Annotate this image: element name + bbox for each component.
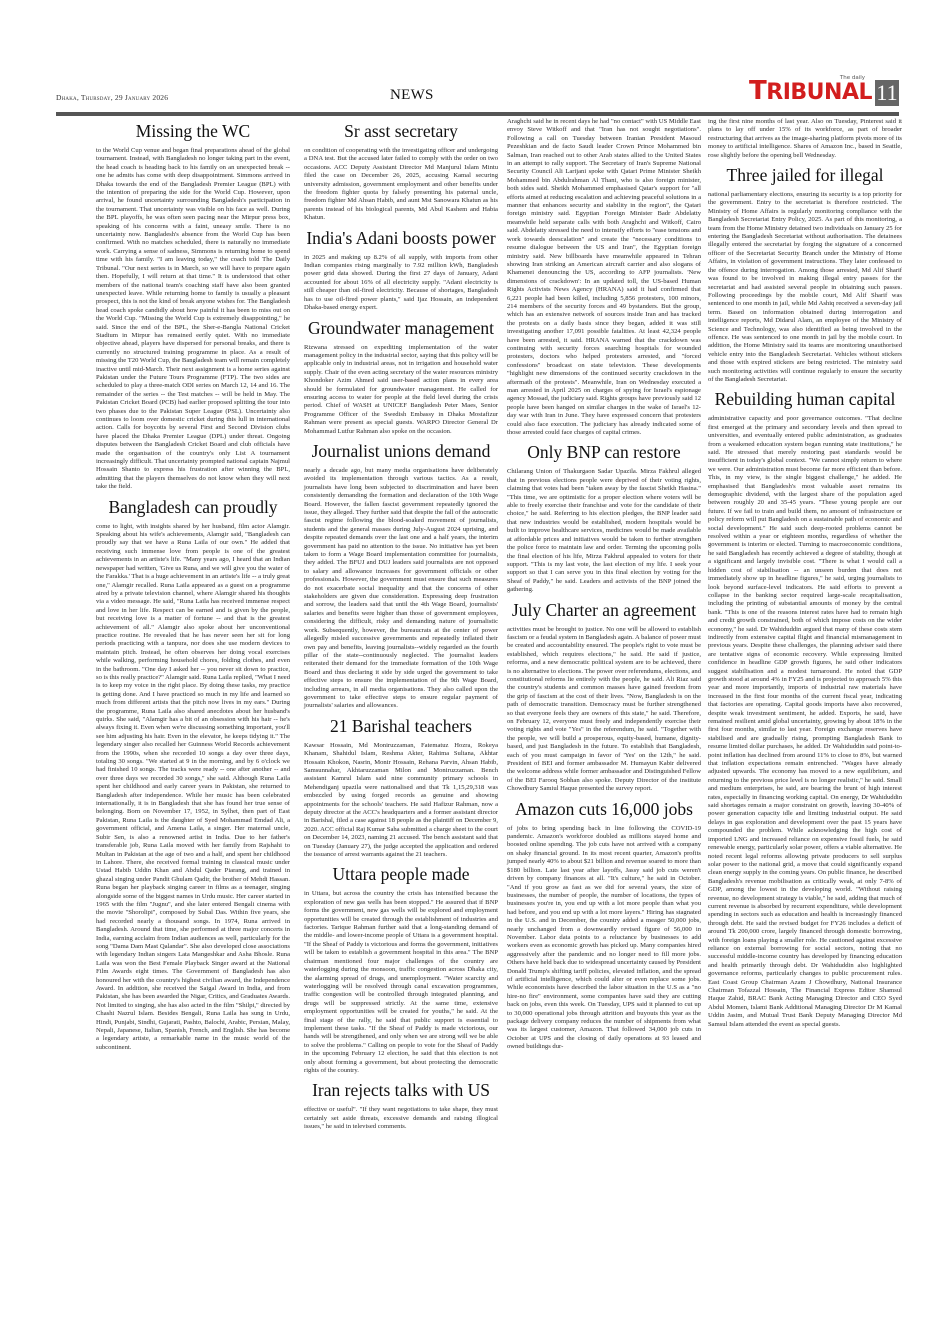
article-amazon-continued: ing the first nine months of last year. … bbox=[708, 118, 902, 160]
article-body: in 2025 and making up 8.2% of all supply… bbox=[304, 254, 498, 313]
article-iran-continued: Araghchi said he in recent days he had "… bbox=[507, 118, 701, 437]
page-header: Dhaka, Thursday, 29 January 2026 NEWS Th… bbox=[56, 84, 899, 110]
article-iran-rejects: Iran rejects talks with US effective or … bbox=[304, 1079, 498, 1131]
article-uttara: Uttara people made in Uttara, but across… bbox=[304, 863, 498, 1075]
headline: Groundwater management bbox=[304, 317, 498, 339]
article-human-capital: Rebuilding human capital administrative … bbox=[708, 388, 902, 1029]
column-1: Missing the WC to the World Cup venue an… bbox=[96, 118, 290, 1056]
headline: Missing the WC bbox=[96, 120, 290, 142]
article-body: come to light, with insights shared by h… bbox=[96, 523, 290, 1053]
header-rule bbox=[56, 112, 899, 116]
headline: Uttara people made bbox=[304, 863, 498, 885]
headline: July Charter an agreement bbox=[507, 599, 701, 621]
dateline: Dhaka, Thursday, 29 January 2026 bbox=[56, 93, 168, 102]
article-sr-asst-secretary: Sr asst secretary on condition of cooper… bbox=[304, 120, 498, 223]
headline: Iran rejects talks with US bbox=[304, 1079, 498, 1101]
page-number: 11 bbox=[875, 80, 899, 106]
logo-wordmark: TRIBUNAL bbox=[749, 78, 872, 106]
headline: Amazon cuts 16,000 jobs bbox=[507, 798, 701, 820]
article-body: Kawsar Hossain, Md Moniruzzaman, Fatemat… bbox=[304, 742, 498, 860]
article-body: in Uttara, but across the country the cr… bbox=[304, 890, 498, 1075]
headline: Bangladesh can proudly bbox=[96, 496, 290, 518]
column-4: ing the first nine months of last year. … bbox=[708, 118, 902, 1033]
article-missing-the-wc: Missing the WC to the World Cup venue an… bbox=[96, 120, 290, 492]
article-body: nearly a decade ago, but many media orga… bbox=[304, 467, 498, 711]
article-body: activities must be brought to justice. N… bbox=[507, 626, 701, 794]
article-body: of jobs to bring spending back in line f… bbox=[507, 825, 701, 1052]
tribunal-logo: The daily TRIBUNAL 11 bbox=[749, 76, 899, 106]
article-only-bnp: Only BNP can restore Chilarang Union of … bbox=[507, 441, 701, 594]
headline: Journalist unions demand bbox=[304, 440, 498, 462]
article-body: effective or useful". "If they want nego… bbox=[304, 1106, 498, 1131]
article-body: Araghchi said he in recent days he had "… bbox=[507, 118, 701, 437]
article-groundwater: Groundwater management Rizwana stressed … bbox=[304, 317, 498, 436]
article-body: Chilarang Union of Thakurgaon Sadar Upaz… bbox=[507, 468, 701, 594]
article-july-charter: July Charter an agreement activities mus… bbox=[507, 599, 701, 794]
article-body: national parliamentary elections, ensuri… bbox=[708, 191, 902, 384]
article-bangladesh-can-proudly: Bangladesh can proudly come to light, wi… bbox=[96, 496, 290, 1053]
headline: Sr asst secretary bbox=[304, 120, 498, 142]
article-body: administrative capacity and poor governa… bbox=[708, 415, 902, 1029]
section-title: NEWS bbox=[390, 87, 434, 104]
article-body: on condition of cooperating with the inv… bbox=[304, 147, 498, 223]
headline: Three jailed for illegal bbox=[708, 164, 902, 186]
headline: India's Adani boosts power bbox=[304, 227, 498, 249]
logo-tagline: The daily bbox=[840, 75, 865, 81]
article-body: to the World Cup venue and began final p… bbox=[96, 147, 290, 492]
headline: 21 Barishal teachers bbox=[304, 715, 498, 737]
article-adani-power: India's Adani boosts power in 2025 and m… bbox=[304, 227, 498, 313]
article-body: ing the first nine months of last year. … bbox=[708, 118, 902, 160]
headline: Rebuilding human capital bbox=[708, 388, 902, 410]
article-body: Rizwana stressed on expediting implement… bbox=[304, 344, 498, 436]
column-2: Sr asst secretary on condition of cooper… bbox=[304, 118, 498, 1136]
article-amazon-cuts: Amazon cuts 16,000 jobs of jobs to bring… bbox=[507, 798, 701, 1052]
article-three-jailed: Three jailed for illegal national parlia… bbox=[708, 164, 902, 384]
article-barishal-teachers: 21 Barishal teachers Kawsar Hossain, Md … bbox=[304, 715, 498, 860]
column-3: Araghchi said he in recent days he had "… bbox=[507, 118, 701, 1056]
article-journalist-unions: Journalist unions demand nearly a decade… bbox=[304, 440, 498, 711]
headline: Only BNP can restore bbox=[507, 441, 701, 463]
